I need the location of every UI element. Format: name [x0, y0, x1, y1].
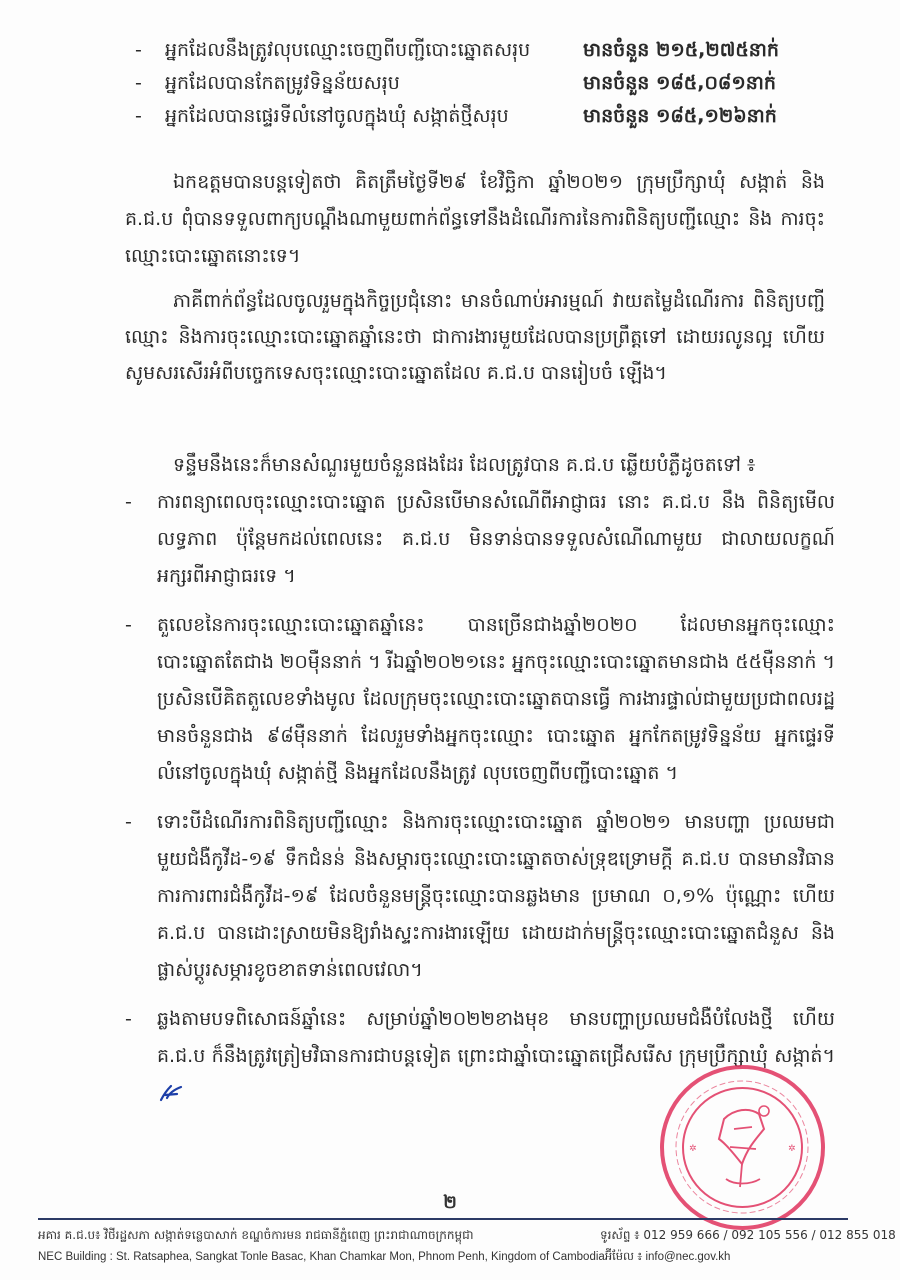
- page-number: ២: [0, 1190, 900, 1217]
- footer-row-english: NEC Building : St. Ratsaphea, Sangkat To…: [38, 1246, 858, 1268]
- initial-signature-icon: [159, 1082, 183, 1104]
- svg-text:✲: ✲: [689, 1144, 697, 1154]
- list-dash: -: [125, 804, 157, 989]
- list-item: - តួលេខនៃការចុះឈ្មោះបោះឆ្នោតឆ្នាំនេះ បាន…: [125, 607, 835, 792]
- registration-stats: - អ្នកដែលនឹងត្រូវលុបឈ្មោះចេញពីបញ្ជីបោះឆ្…: [135, 34, 835, 133]
- stat-row-corrected: - អ្នកដែលបានកែតម្រូវទិន្នន័យសរុប មានចំនួ…: [135, 67, 835, 100]
- footer-row-khmer: អគារ គ.ជ.ប៖ វិថីរដ្ឋសភា សង្កាត់ទន្លេបាសា…: [38, 1224, 858, 1246]
- footer-divider: [38, 1218, 848, 1220]
- stat-value: មានចំនួន ២១៥,២៧៥នាក់: [583, 34, 779, 67]
- document-page: - អ្នកដែលនឹងត្រូវលុបឈ្មោះចេញពីបញ្ជីបោះឆ្…: [0, 0, 900, 1280]
- list-dash: -: [125, 1001, 157, 1112]
- paragraph-text: ទន្ទឹមនឹងនេះក៏មានសំណួរមួយចំនួនផងដែរ ដែលត…: [173, 454, 755, 476]
- paragraph-text: ភាគីពាក់ព័ន្ធដែលចូលរួមក្នុងកិច្ចប្រជុំនោ…: [125, 290, 825, 384]
- paragraph-questions-intro: ទន្ទឹមនឹងនេះក៏មានសំណួរមួយចំនួនផងដែរ ដែលត…: [125, 447, 825, 484]
- paragraph-text: ឯកឧត្តមបានបន្តទៀតថា គិតត្រឹមថ្ងៃទី២៩ ខែវ…: [125, 171, 825, 267]
- stat-row-deleted: - អ្នកដែលនឹងត្រូវលុបឈ្មោះចេញពីបញ្ជីបោះឆ្…: [135, 34, 835, 67]
- footer-address-khmer: អគារ គ.ជ.ប៖ វិថីរដ្ឋសភា សង្កាត់ទន្លេបាសា…: [38, 1224, 474, 1246]
- stat-value: មានចំនួន ១៨៥,១២៦នាក់: [583, 100, 777, 133]
- stat-label: អ្នកដែលនឹងត្រូវលុបឈ្មោះចេញពីបញ្ជីបោះឆ្នោ…: [165, 34, 583, 67]
- stat-label: អ្នកដែលបានកែតម្រូវទិន្នន័យសរុប: [165, 67, 583, 100]
- list-item-text-body: ឆ្លងតាមបទពិសោធន៍ឆ្នាំនេះ សម្រាប់ឆ្នាំ២០២…: [157, 1008, 835, 1067]
- list-item: - ការពន្យាពេលចុះឈ្មោះបោះឆ្នោត ប្រសិនបើមា…: [125, 484, 835, 595]
- stat-label: អ្នកដែលបានផ្ទេរទីលំនៅចូលក្នុងឃុំ សង្កាត់…: [165, 100, 583, 133]
- answers-list: - ការពន្យាពេលចុះឈ្មោះបោះឆ្នោត ប្រសិនបើមា…: [125, 484, 835, 1124]
- paragraph-complaints: ឯកឧត្តមបានបន្តទៀតថា គិតត្រឹមថ្ងៃទី២៩ ខែវ…: [125, 164, 825, 275]
- list-dash: -: [135, 67, 165, 100]
- list-item-text: ទោះបីដំណើរការពិនិត្យបញ្ជីឈ្មោះ និងការចុះ…: [157, 804, 835, 989]
- list-item: - ទោះបីដំណើរការពិនិត្យបញ្ជីឈ្មោះ និងការច…: [125, 804, 835, 989]
- footer-phone: ទូរស័ព្ទ ៖ 012 959 666 / 092 105 556 / 0…: [600, 1224, 858, 1246]
- stat-row-transferred: - អ្នកដែលបានផ្ទេរទីលំនៅចូលក្នុងឃុំ សង្កា…: [135, 100, 835, 133]
- footer-address-english: NEC Building : St. Ratsaphea, Sangkat To…: [38, 1246, 605, 1268]
- stat-value: មានចំនួន ១៨៥,០៨១នាក់: [583, 67, 776, 100]
- letterhead-footer: អគារ គ.ជ.ប៖ វិថីរដ្ឋសភា សង្កាត់ទន្លេបាសា…: [38, 1224, 858, 1268]
- list-dash: -: [135, 34, 165, 67]
- list-dash: -: [125, 484, 157, 595]
- list-item-text: តួលេខនៃការចុះឈ្មោះបោះឆ្នោតឆ្នាំនេះ បានច្…: [157, 607, 835, 792]
- paragraph-stakeholders: ភាគីពាក់ព័ន្ធដែលចូលរួមក្នុងកិច្ចប្រជុំនោ…: [125, 283, 825, 391]
- list-item-text: ការពន្យាពេលចុះឈ្មោះបោះឆ្នោត ប្រសិនបើមានស…: [157, 484, 835, 595]
- svg-text:✲: ✲: [788, 1144, 796, 1154]
- footer-email: អ៊ីម៉ែល ៖ info@nec.gov.kh: [605, 1246, 858, 1268]
- list-dash: -: [125, 607, 157, 792]
- list-dash: -: [135, 100, 165, 133]
